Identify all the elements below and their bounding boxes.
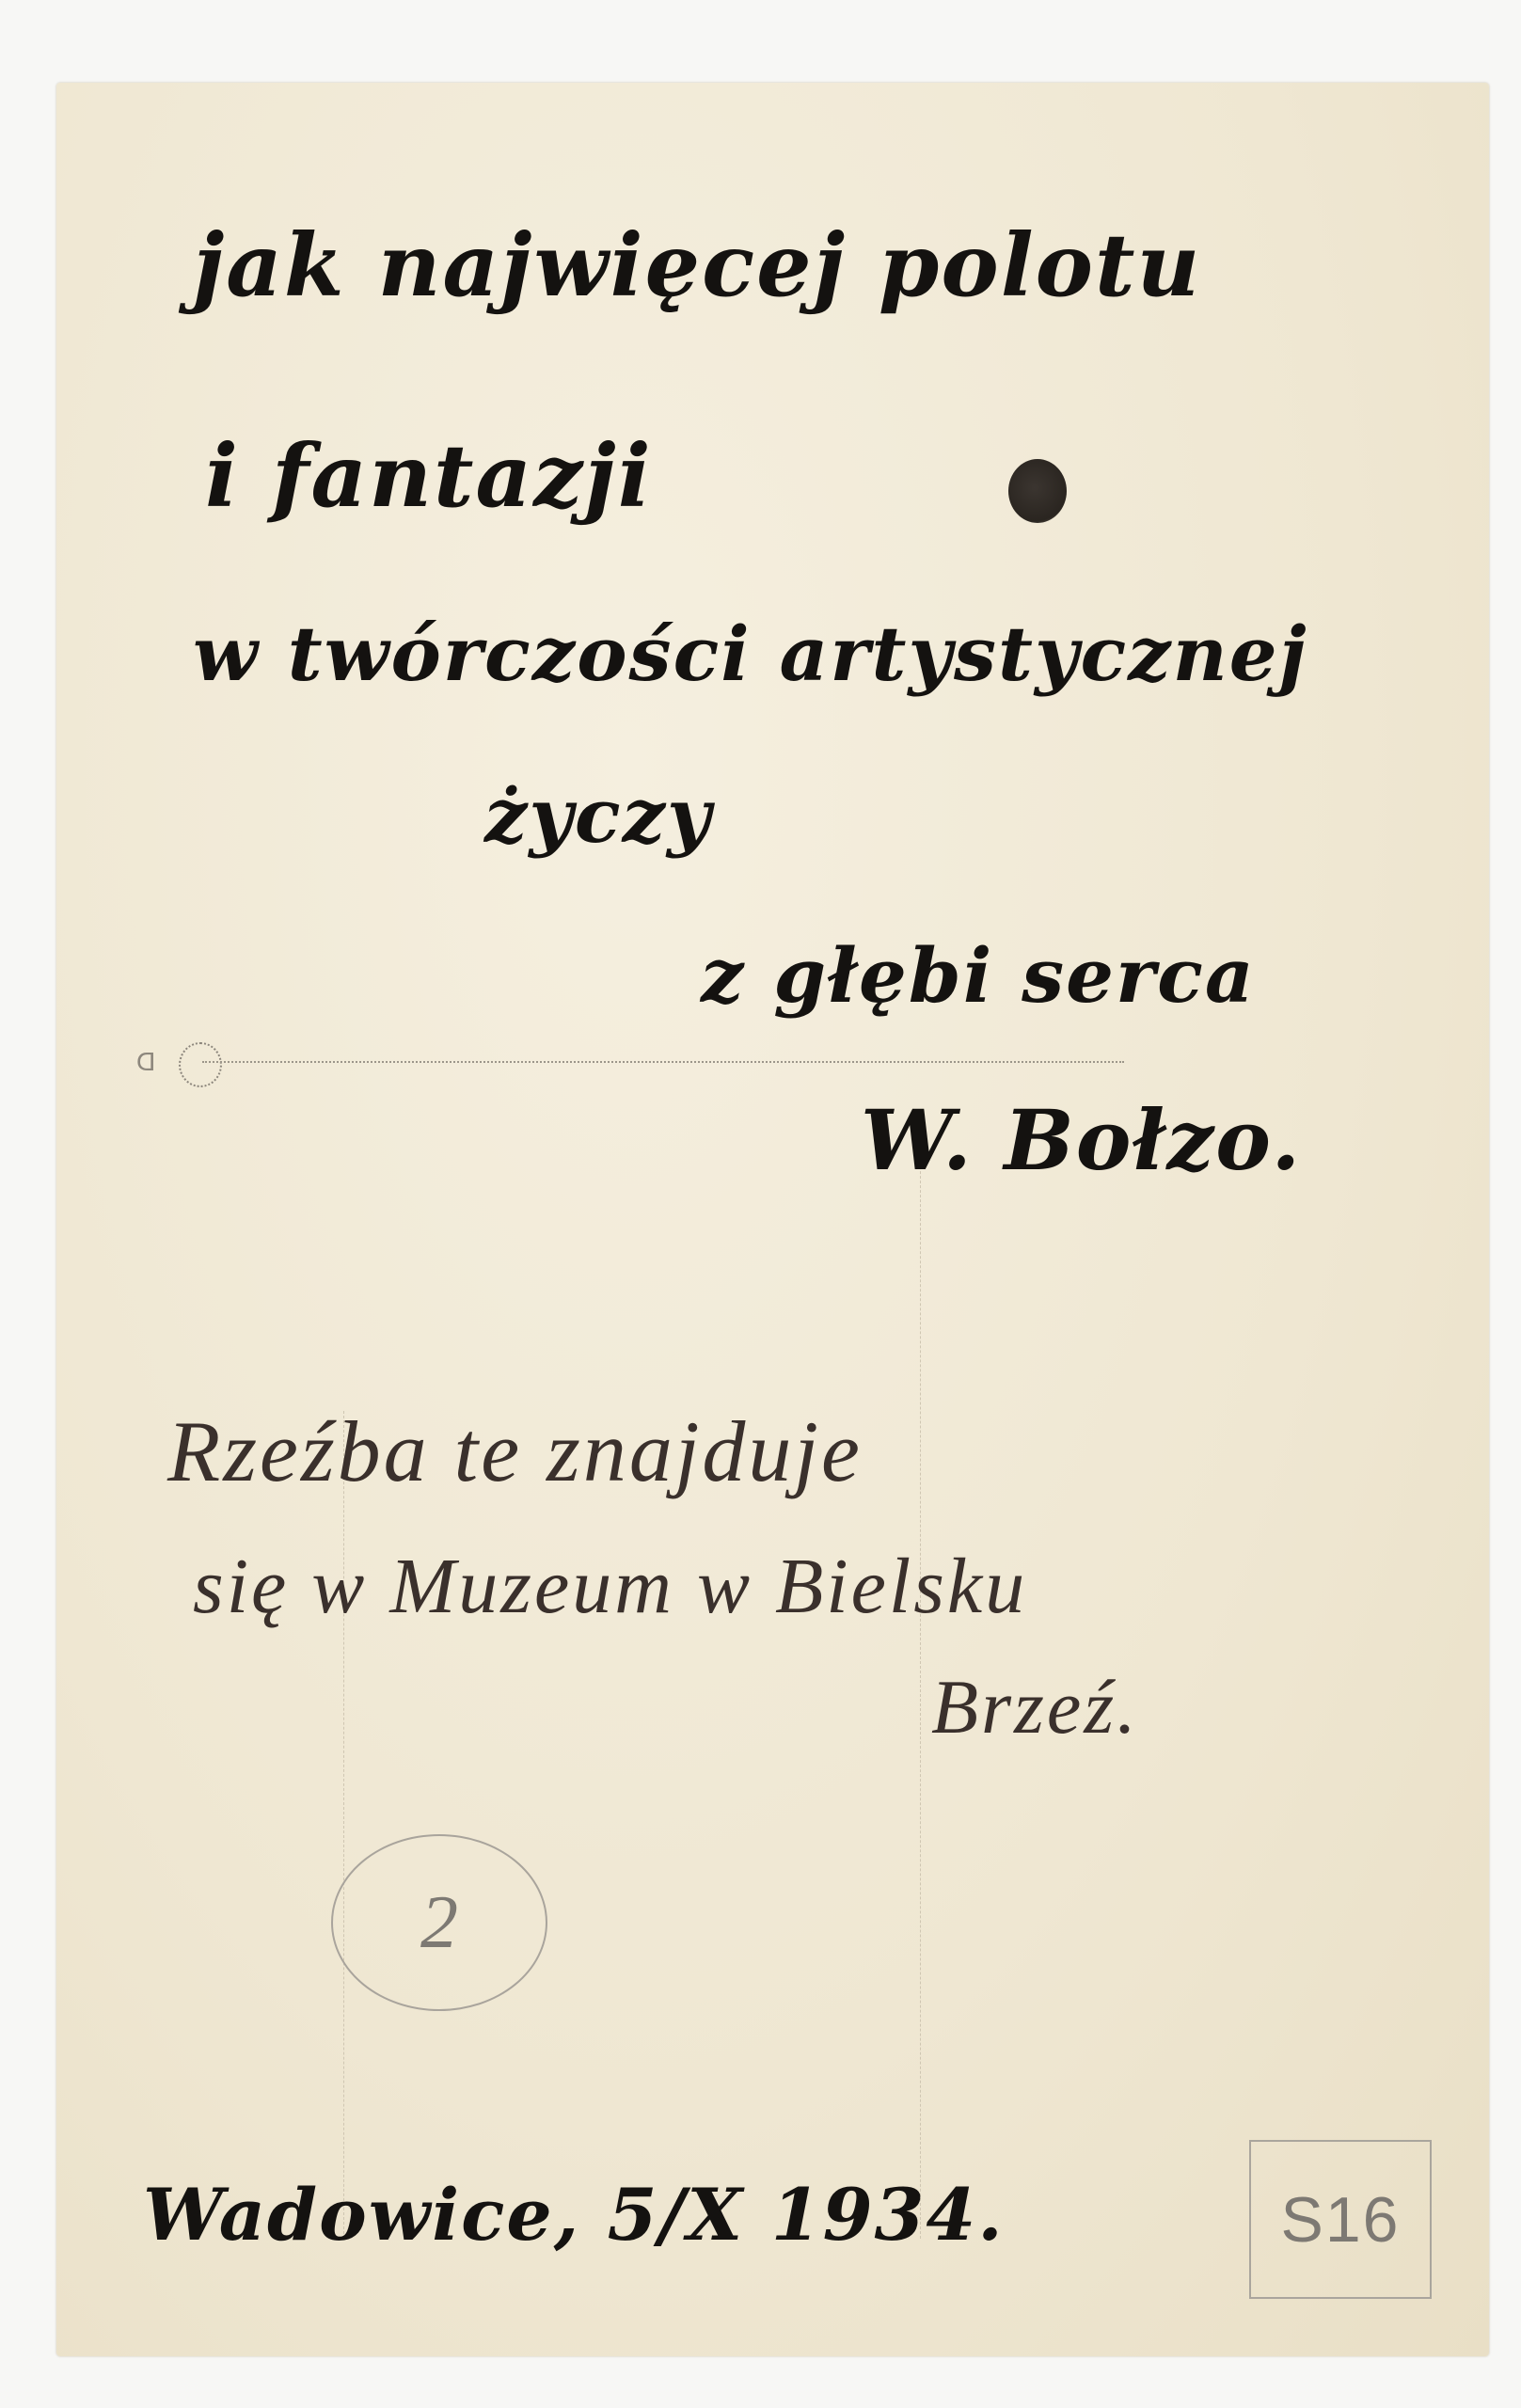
pencil-note-line-2: się w Muzeum w Bielsku <box>193 1541 1027 1632</box>
message-line-4: życzy <box>484 771 713 860</box>
circled-number: 2 <box>331 1834 547 2011</box>
stamp-letter: D <box>136 1046 155 1076</box>
postcard <box>56 83 1489 2356</box>
stamp-mark <box>179 1042 222 1087</box>
signature: W. Bołzo. <box>861 1091 1302 1189</box>
pencil-note-line-1: Rzeźba te znajduje <box>167 1402 863 1501</box>
message-line-5: z głębi serca <box>701 931 1256 1020</box>
guide-line-left <box>343 1411 344 2239</box>
message-line-1: jak najwięcej polotu <box>193 214 1201 316</box>
inventory-number-box: S16 <box>1249 2140 1432 2299</box>
address-divider-line <box>202 1061 1124 1063</box>
ink-blot <box>1008 459 1067 523</box>
message-line-3: w twórczości artystycznej <box>193 610 1308 698</box>
message-line-2: i fantazji <box>205 425 653 527</box>
place-date: Wadowice, 5/X 1934. <box>143 2173 1005 2257</box>
pencil-note-signature: Brzeź. <box>931 1663 1139 1751</box>
guide-line-center <box>920 1129 921 2239</box>
